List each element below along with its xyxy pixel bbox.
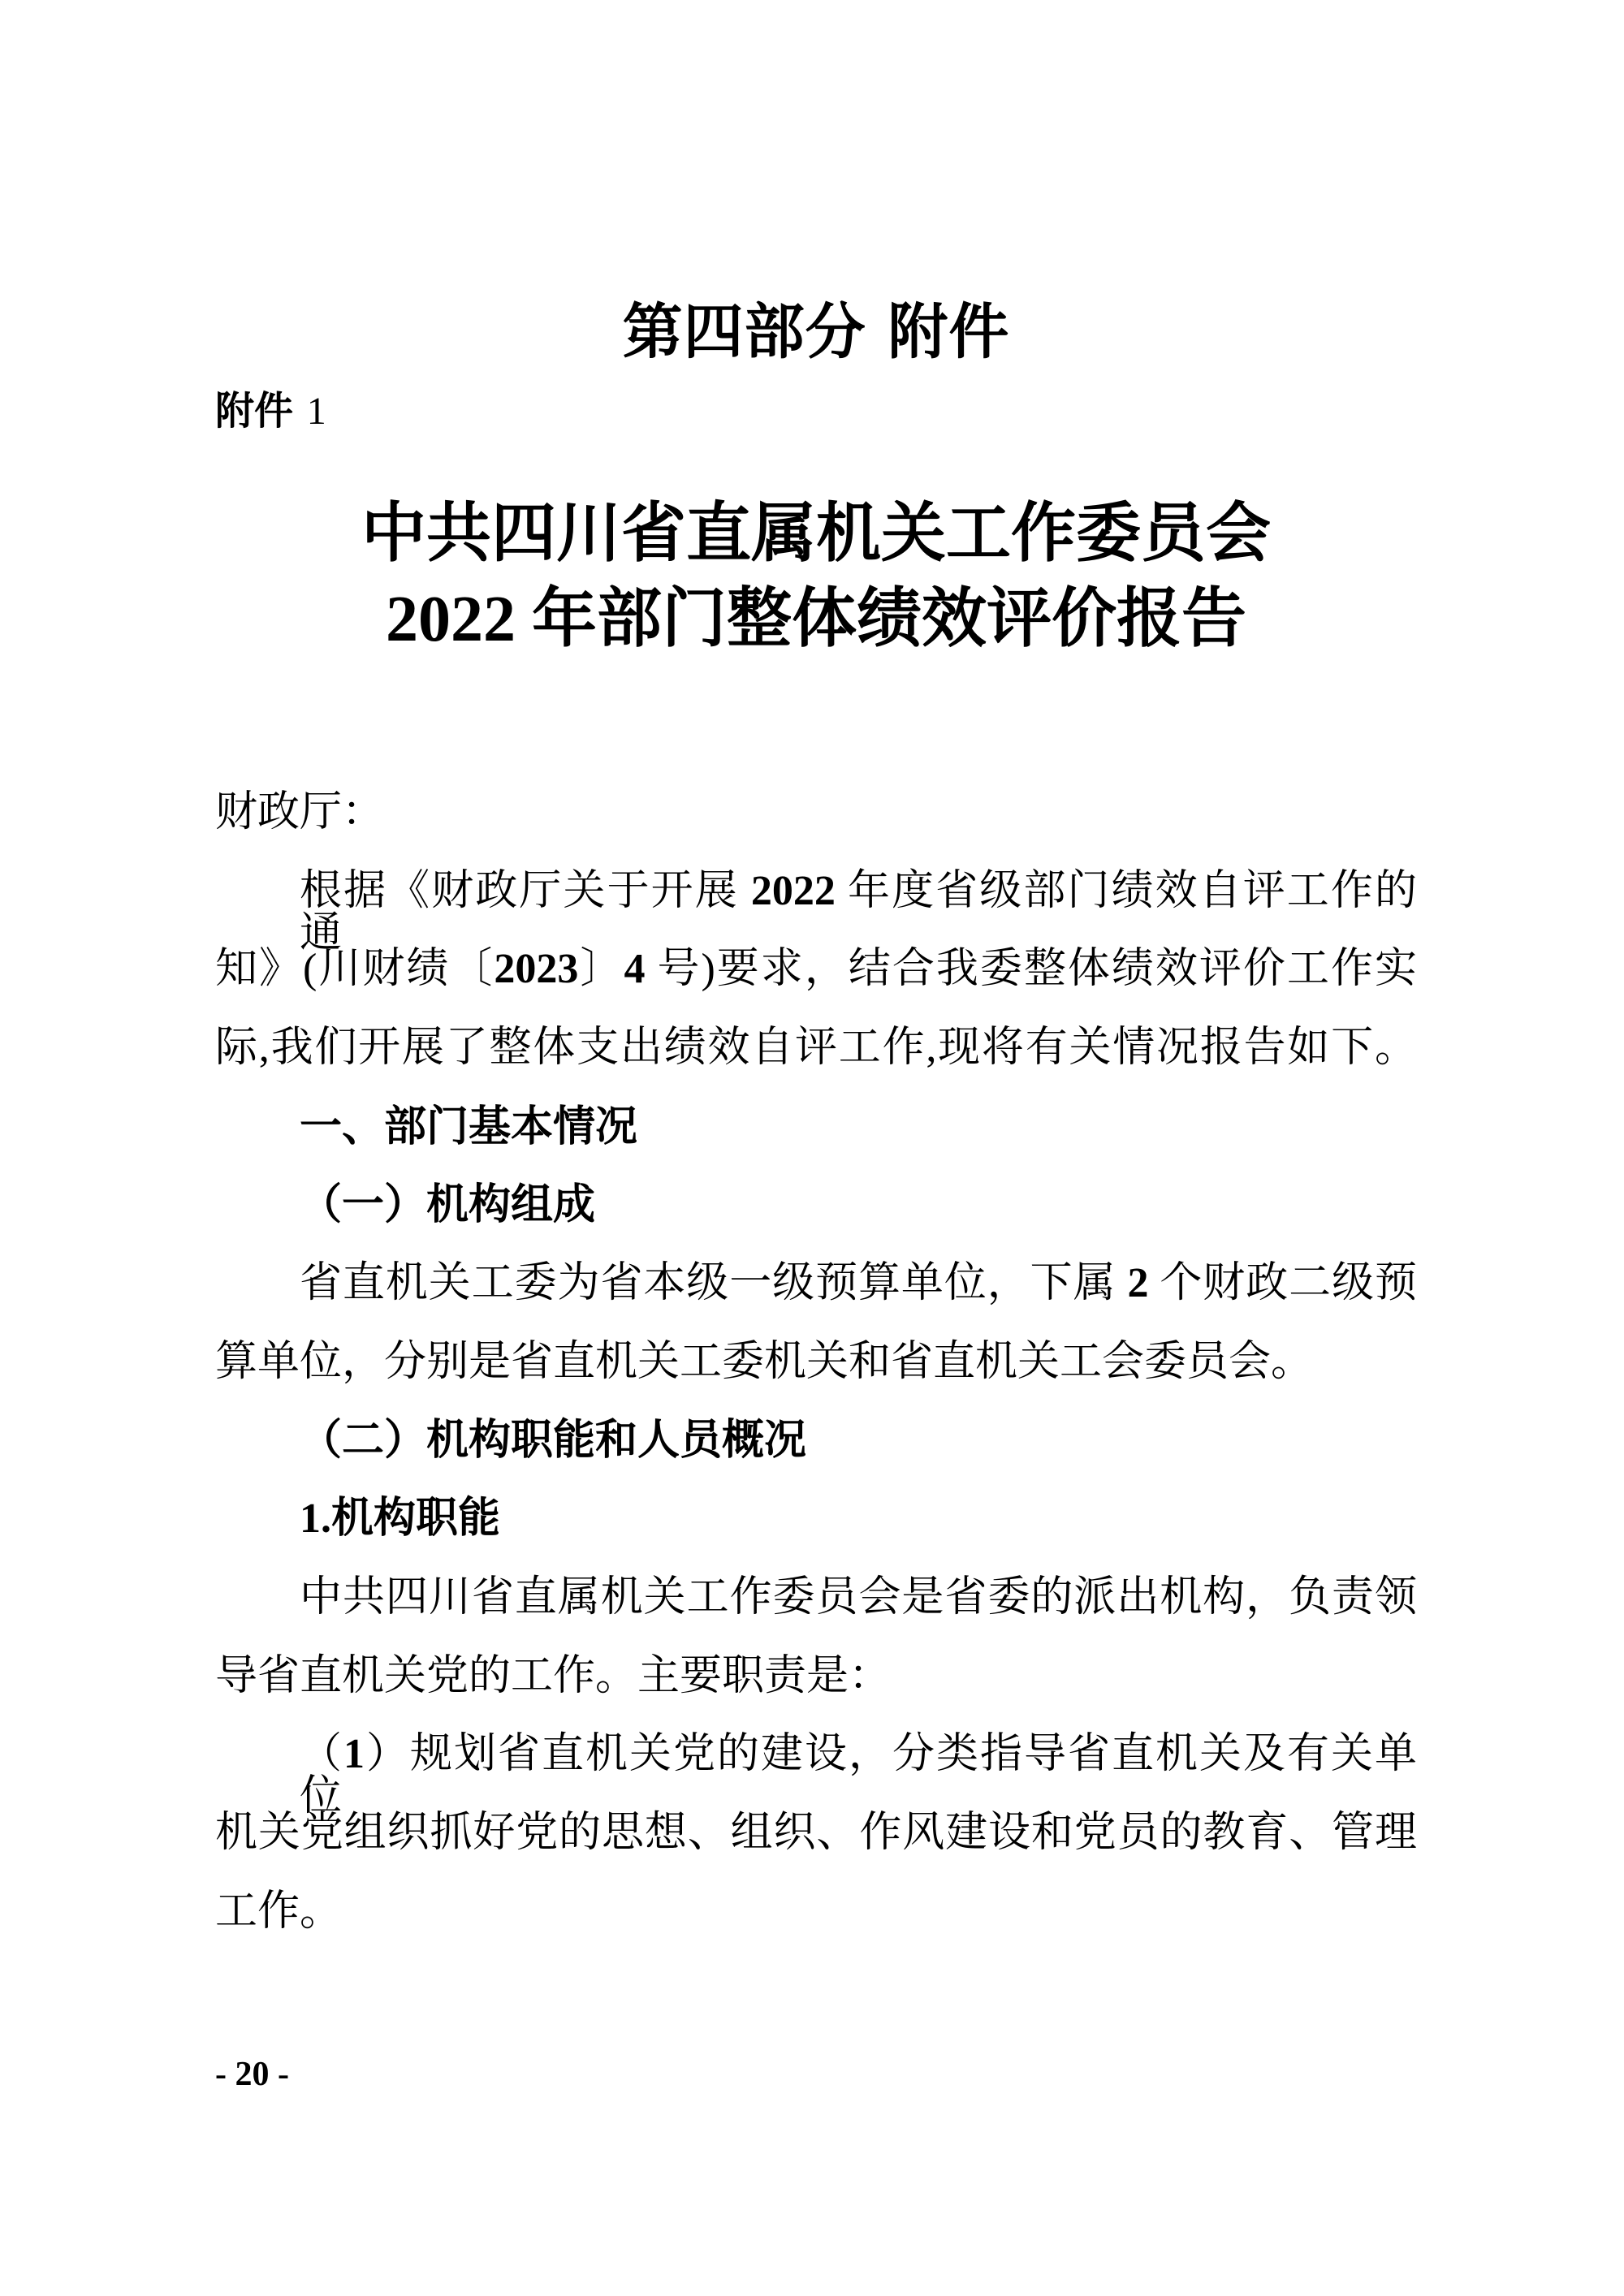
section-heading-1: 一、部门基本情况 [215,1106,1417,1148]
body-line-intro-1: 根据《财政厅关于开展 2022 年度省级部门绩效自评工作的通 [215,870,1417,955]
body-line-functions-2: 导省直机关党的工作。主要职责是： [215,1655,1417,1698]
body-line-intro-3: 际,我们开展了整体支出绩效自评工作,现将有关情况报告如下。 [215,1027,1417,1069]
body-line-duty-1: （1）规划省直机关党的建设，分类指导省直机关及有关单位 [215,1733,1417,1818]
body-line-functions-1: 中共四川省直属机关工作委员会是省委的派出机构，负责领 [215,1577,1417,1619]
part-heading: 第四部分 附件 [215,302,1417,362]
document-title-line-1: 中共四川省直属机关工作委员会 [215,502,1417,567]
body-line-org-1: 省直机关工委为省本级一级预算单位，下属 2 个财政二级预 [215,1262,1417,1305]
document-title-line-2: 2022 年部门整体绩效评价报告 [215,587,1417,652]
attachment-number: 1 [307,390,326,433]
attachment-label-line: 附件 1 [215,391,1417,431]
document-page: 第四部分 附件 附件 1 中共四川省直属机关工作委员会 2022 年部门整体绩效… [0,0,1624,2296]
body-line-intro-2: 知》(川财绩〔2023〕4 号)要求，结合我委整体绩效评价工作实 [215,948,1417,990]
subsection-heading-1-2: （二）机构职能和人员概况 [215,1420,1417,1462]
body-line-duty-3: 工作。 [215,1891,1417,1933]
body-line-org-2: 算单位，分别是省直机关工委机关和省直机关工会委员会。 [215,1341,1417,1383]
attachment-label: 附件 [215,388,307,434]
subsection-heading-1-1: （一）机构组成 [215,1185,1417,1227]
body-line-duty-2: 机关党组织抓好党的思想、组织、作风建设和党员的教育、管理 [215,1812,1417,1854]
subheading-functions: 1.机构职能 [215,1498,1417,1540]
page-number: - 20 - [215,2057,702,2091]
body-line-salutation: 财政厅： [215,792,1417,834]
